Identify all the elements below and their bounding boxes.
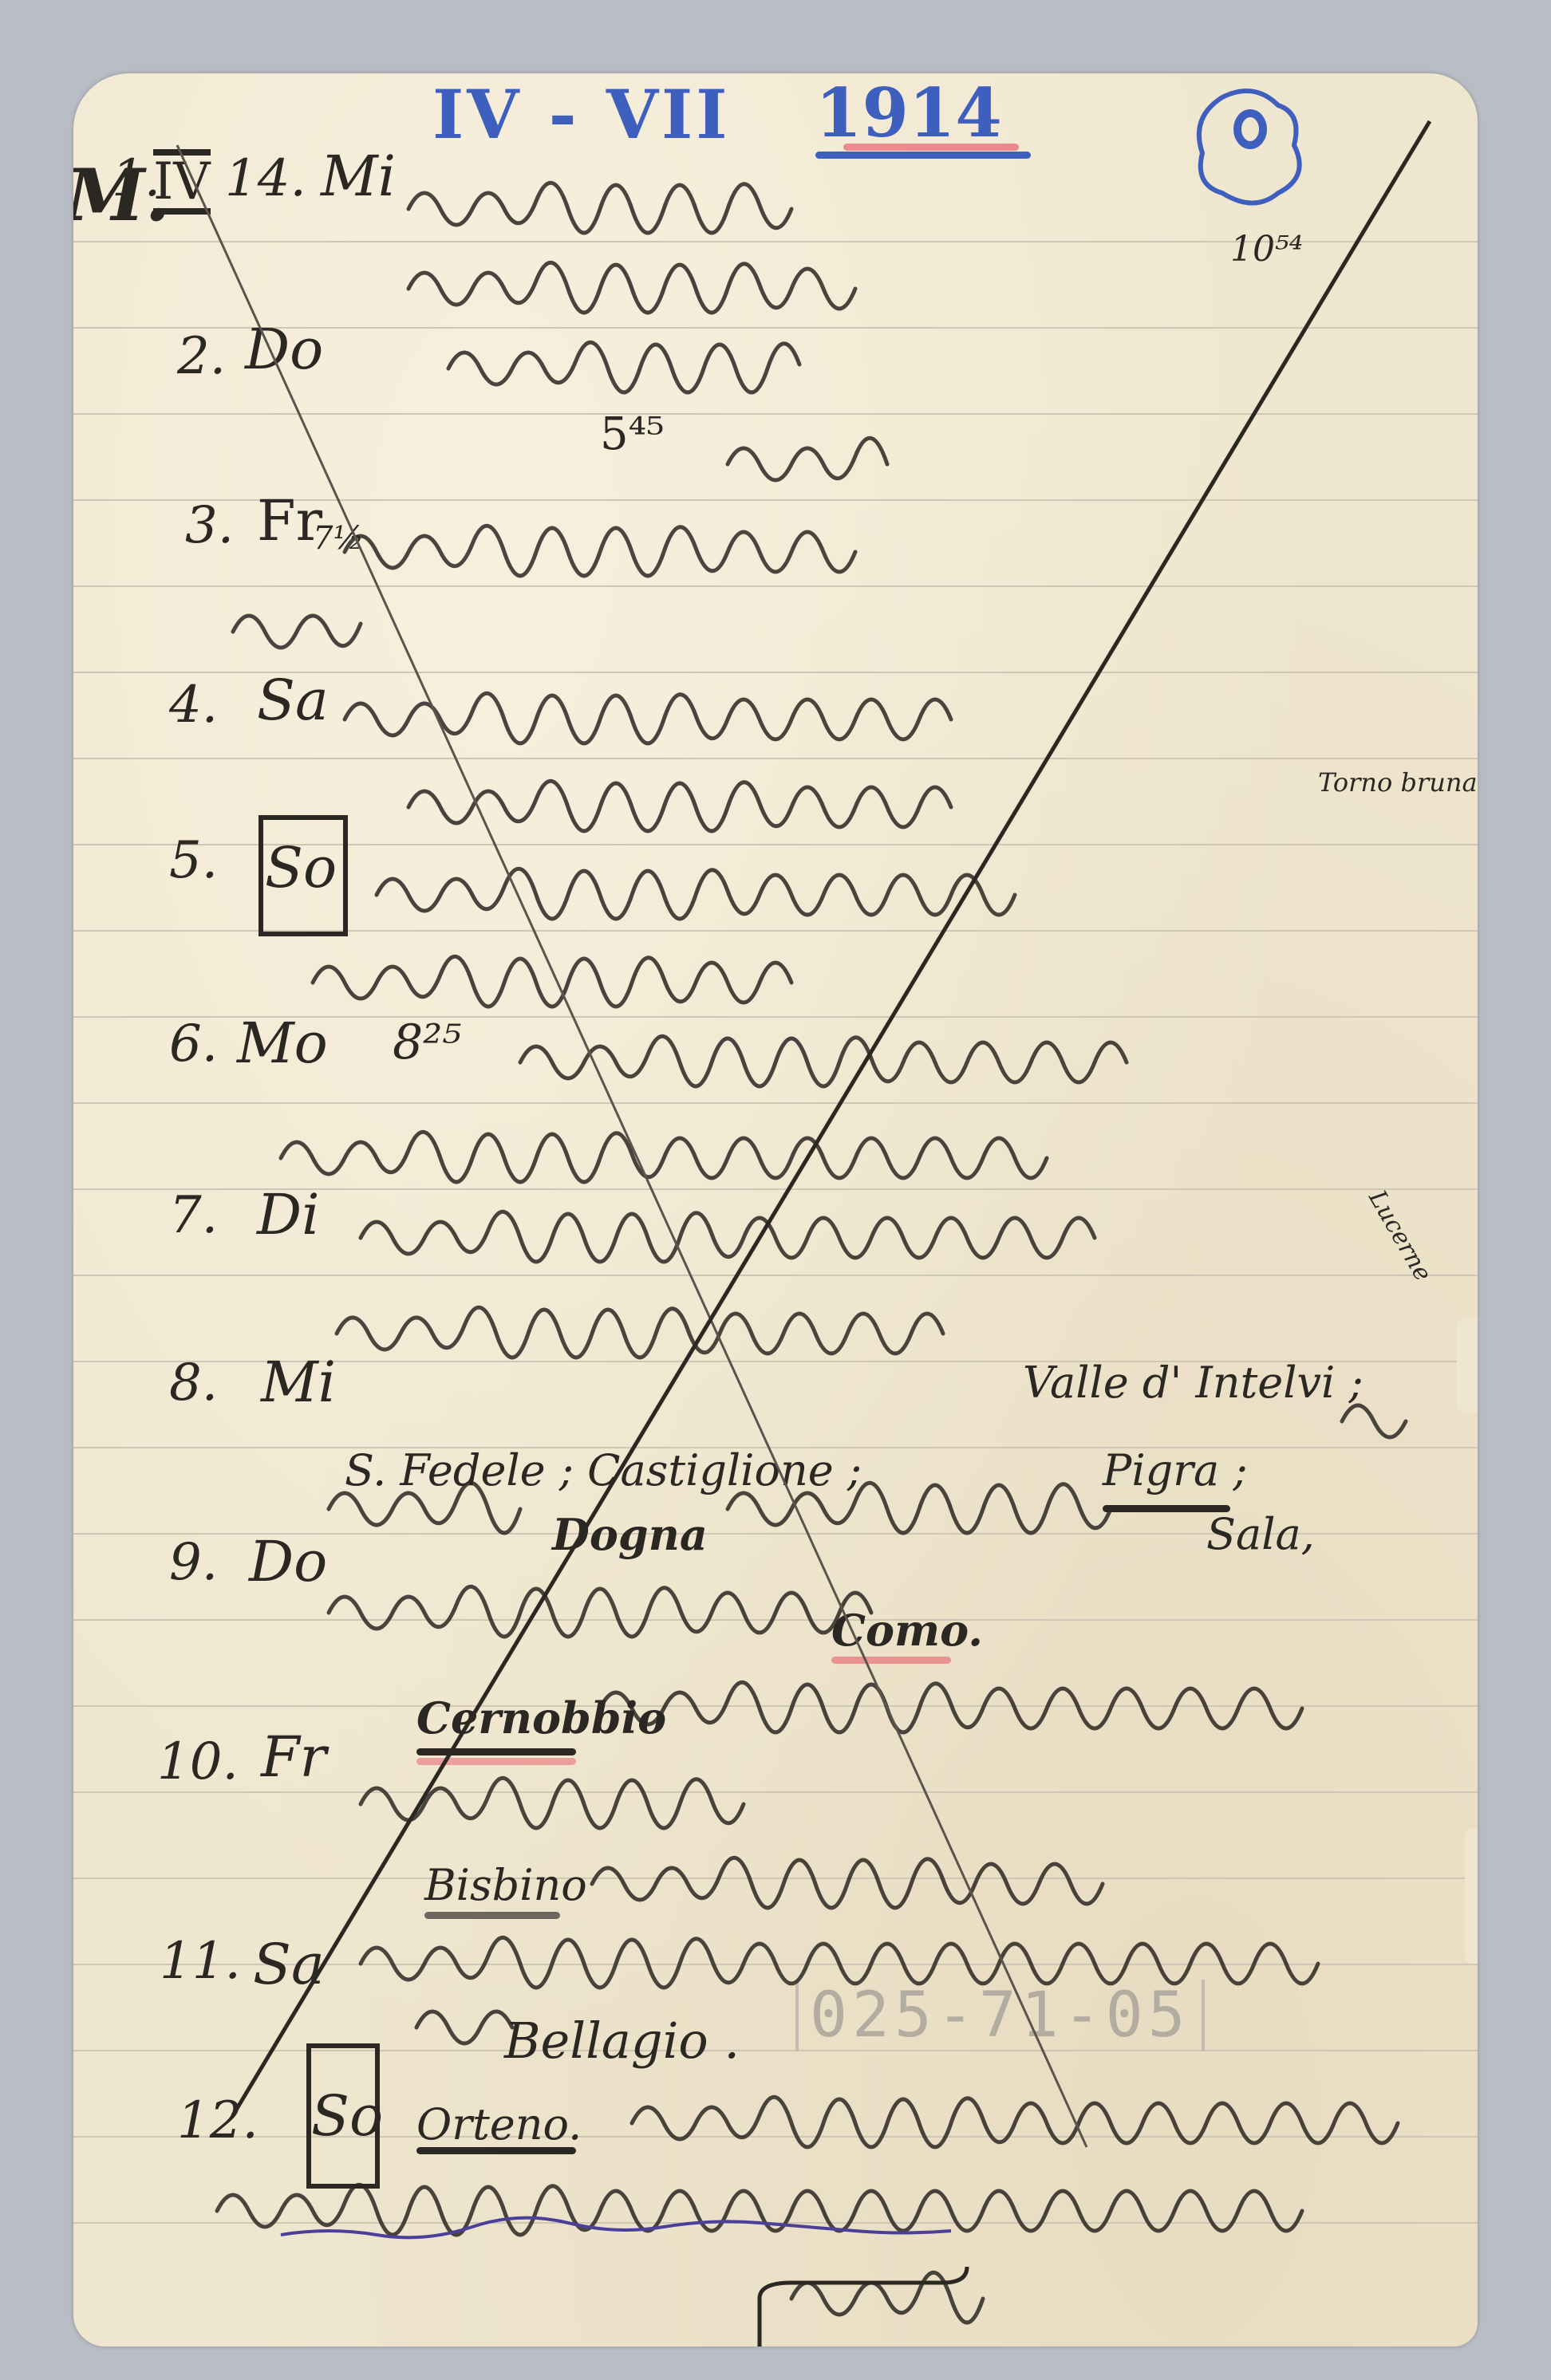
shorthand-strokes [73,73,1478,2347]
notebook-page: IV - VII 1914 M. 1. IV 14. Mi 2. Do 3. F… [73,73,1478,2347]
